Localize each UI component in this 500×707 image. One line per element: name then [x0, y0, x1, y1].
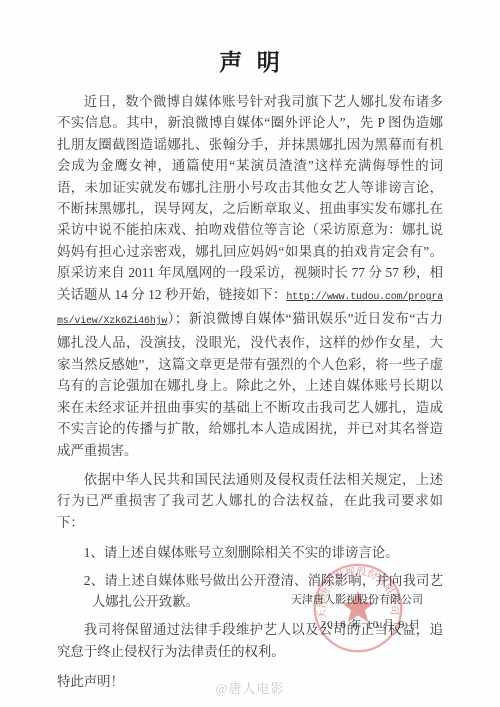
paragraph-legal-basis: 依据中华人民共和国民法通则及侵权责任法相关规定，上述行为已严重损害了我司艺人娜扎… — [57, 469, 443, 533]
paragraph-intro-text-after: ）；新浪微博自媒体“猫讯娱乐”近日发布“古力娜扎没人品，没演技，没眼光，没代表作… — [57, 311, 443, 457]
company-name: 天津唐人影视股份有限公司 — [291, 593, 423, 607]
demand-1-marker: 1、 — [84, 545, 104, 560]
signature-block: 天津唐人影视股份有限公司 2016 年 10 月 9 日 — [291, 593, 423, 632]
demand-2-marker: 2、 — [84, 573, 104, 588]
document-content: 声 明 近日，数个微博自媒体账号针对我司旗下艺人娜扎发布诸多不实信息。其中，新浪… — [0, 0, 500, 693]
demand-1-text: 请上述自媒体账号立刻删除相关不实的诽谤言论。 — [104, 545, 399, 560]
demand-item-1: 1、请上述自媒体账号立刻删除相关不实的诽谤言论。 — [57, 542, 443, 563]
watermark: @唐人电影 — [0, 678, 500, 697]
paragraph-intro: 近日，数个微博自媒体账号针对我司旗下艺人娜扎发布诸多不实信息。其中，新浪微博自媒… — [57, 91, 443, 461]
signature-date: 2016 年 10 月 9 日 — [291, 618, 421, 632]
document-page: 声 明 近日，数个微博自媒体账号针对我司旗下艺人娜扎发布诸多不实信息。其中，新浪… — [0, 0, 500, 707]
document-title: 声 明 — [57, 44, 443, 77]
paragraph-intro-text-before: 近日，数个微博自媒体账号针对我司旗下艺人娜扎发布诸多不实信息。其中，新浪微博自媒… — [57, 94, 443, 302]
